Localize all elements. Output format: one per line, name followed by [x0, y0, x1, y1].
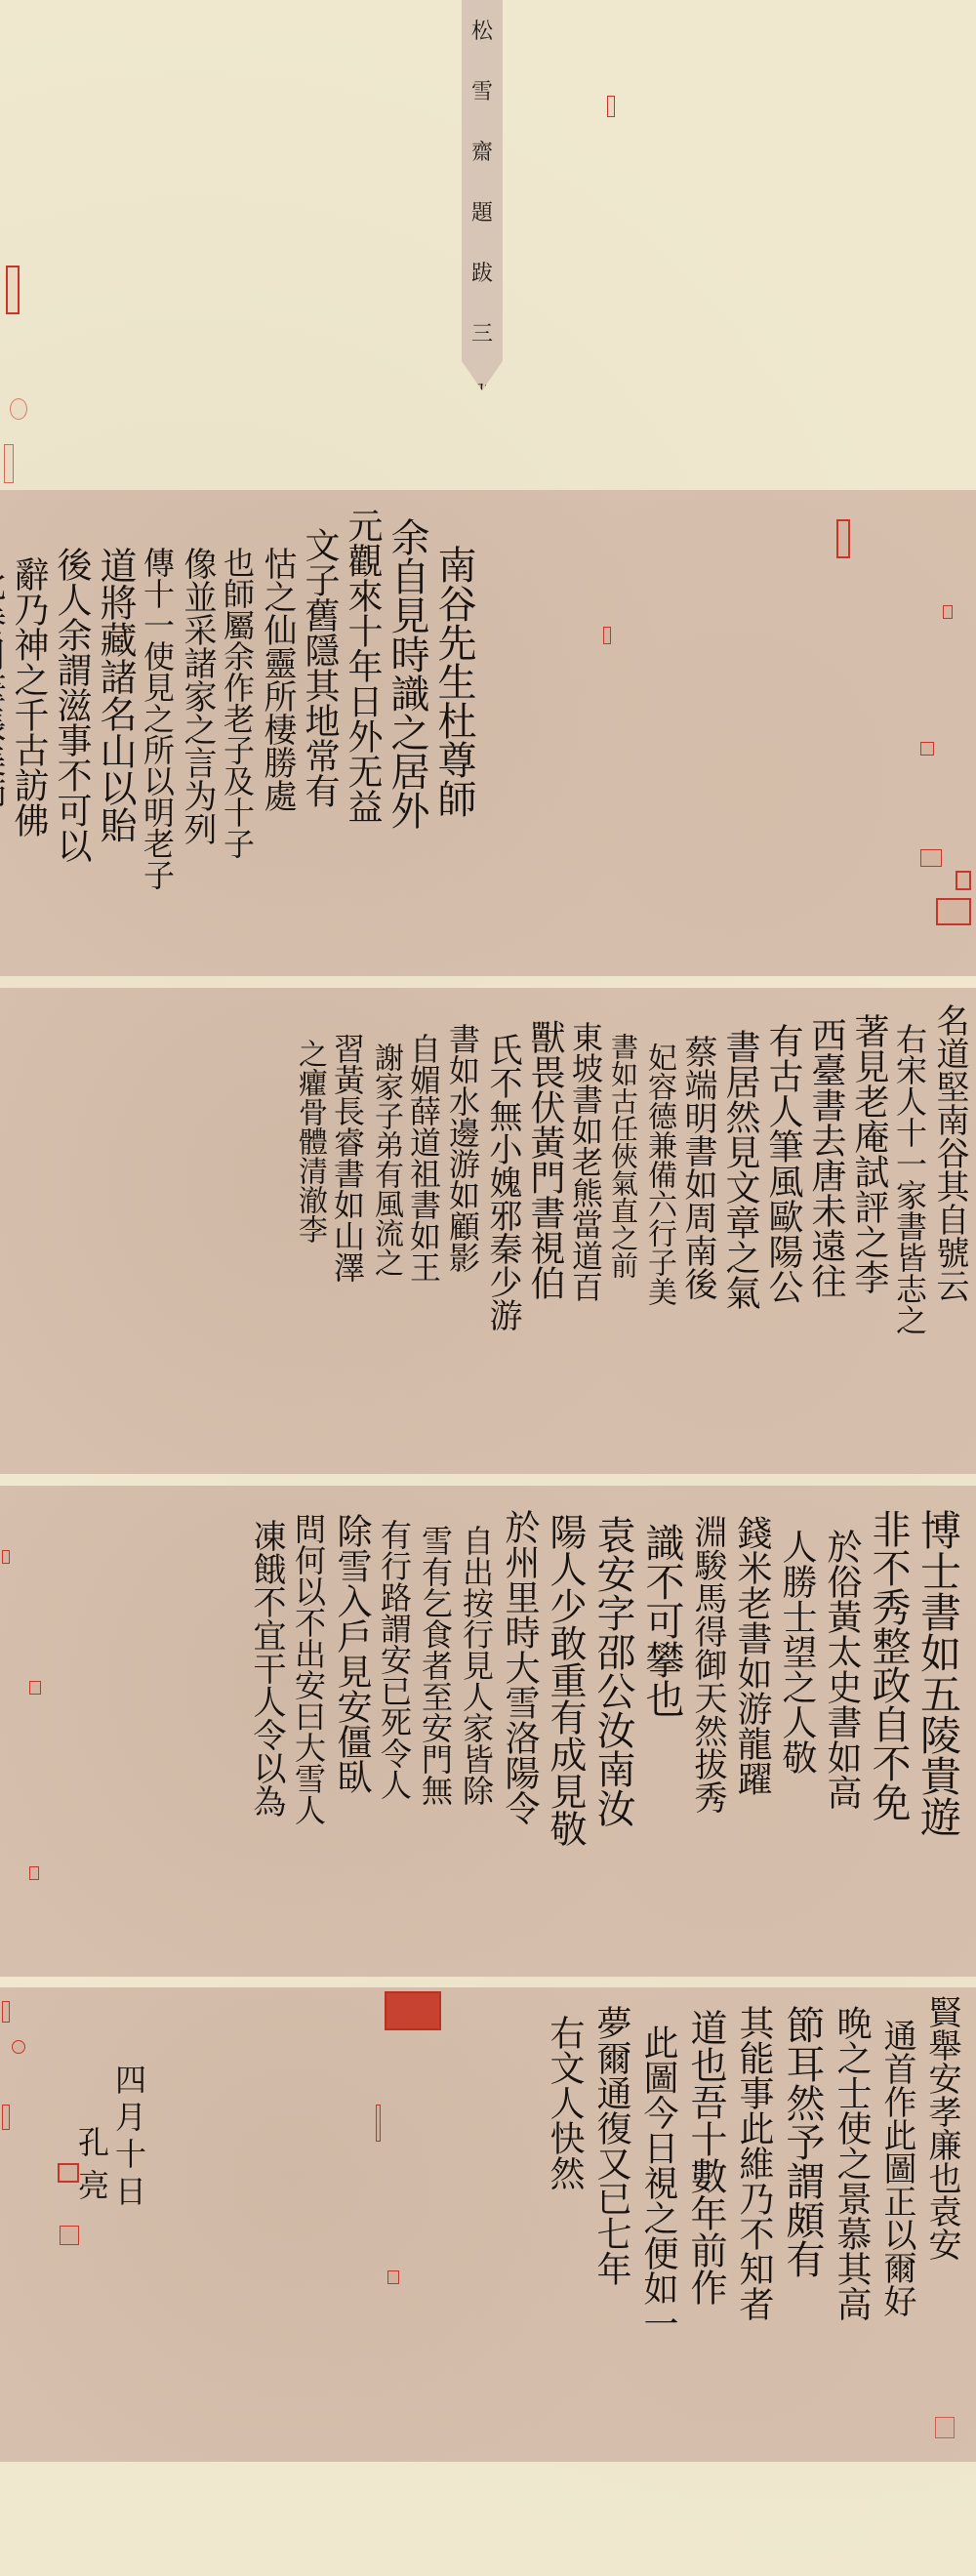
- text-column: 後人余謂滋事不可以: [54, 508, 89, 976]
- text-column: 節耳然予謂頗有: [783, 1995, 822, 2462]
- signature-name: 孔亮: [76, 2126, 107, 2212]
- text-column: 像並采諸家之言为列: [181, 508, 214, 976]
- seal-stamp-icon: [10, 398, 27, 420]
- text-column: 於俗黃太史書如高: [824, 1499, 859, 1977]
- title-char: 三: [471, 324, 493, 346]
- text-column: 習黃長睿書如山澤: [332, 1003, 363, 1474]
- text-column: 袁安字邵公汝南汝: [593, 1499, 632, 1977]
- title-char: 雪: [471, 82, 493, 103]
- text-column: 氏不無小媿邪秦少游: [486, 1003, 519, 1474]
- inscription-panel-2: 名道堅南谷其自號云 右宋人十一家書皆志之 著見老庵試評之李 西臺書去唐未遠往 有…: [0, 988, 976, 1474]
- text-column: 除雪入戶見安僵臥: [334, 1499, 369, 1977]
- text-column: 道也吾十數年前作: [687, 1995, 724, 2462]
- title-strip: 松 雪 齋 題 跋 三 則: [462, 0, 503, 390]
- text-column: 獸畏伏黃門書視伯: [527, 1003, 562, 1474]
- text-column: 錢米老書如游龍躍: [734, 1499, 769, 1977]
- text-columns: 南谷先生杜尊師 余自見時識之居外 元觀來十年日外无益 文子舊隱其地常有 怙之仙靈…: [0, 508, 473, 976]
- seal-stamp-icon: [29, 1681, 41, 1695]
- text-column: 東坡書如老熊當道百: [570, 1003, 601, 1474]
- title-char: 題: [471, 203, 493, 225]
- text-column: 名道堅南谷其自號云: [933, 1003, 966, 1474]
- seal-stamp-icon: [376, 2105, 381, 2142]
- text-columns: 賢舉安孝廉也袁安 通首作此圖正以爾好 晚之士使之景慕其高 節耳然予謂頗有 其能事…: [400, 1995, 958, 2462]
- inscription-panel-4: 賢舉安孝廉也袁安 通首作此圖正以爾好 晚之士使之景慕其高 節耳然予謂頗有 其能事…: [0, 1987, 976, 2462]
- text-column: 識不可攀也: [642, 1499, 681, 1977]
- text-column: 書居然見文章之氣: [722, 1003, 757, 1474]
- seal-stamp-icon: [920, 742, 934, 756]
- text-column: 博士書如五陵貴遊: [917, 1499, 958, 1977]
- text-column: 余自見時識之居外: [387, 508, 427, 976]
- seal-stamp-icon: [943, 605, 953, 619]
- text-column: 蔡端明書如周南後: [681, 1003, 714, 1474]
- text-column: 夢爾通復又已七年: [593, 1995, 629, 2462]
- text-column: 人勝士望之人敬: [779, 1499, 814, 1977]
- title-char: 則: [471, 385, 493, 406]
- text-column: 傳十一使見之所以明老子: [142, 508, 173, 976]
- text-column: 南谷先生杜尊師: [434, 508, 473, 976]
- text-column: 陽人少敢重有成見敬: [547, 1499, 584, 1977]
- text-column: 其能事此維乃不知者: [736, 1995, 771, 2462]
- seal-stamp-icon: [12, 2040, 25, 2054]
- text-column: 晚之士使之景慕其高: [834, 1995, 869, 2462]
- text-column: 問何以不出安曰大雪人: [293, 1499, 324, 1977]
- seal-stamp-icon: [2, 2001, 10, 2023]
- text-column: 著見老庵試評之李: [851, 1003, 886, 1474]
- text-column: 有古人筆風歐陽公: [765, 1003, 800, 1474]
- seal-stamp-icon: [6, 266, 20, 314]
- seal-stamp-icon: [935, 2417, 955, 2438]
- title-char: 齋: [471, 143, 493, 164]
- large-seal-stamp-icon: [385, 1991, 441, 2030]
- seal-stamp-icon: [836, 519, 850, 558]
- text-column: 此卷用筆張美師: [0, 508, 3, 976]
- inscription-panel-3: 博士書如五陵貴遊 非不秀整政自不免 於俗黃太史書如高 人勝士望之人敬 錢米老書如…: [0, 1486, 976, 1977]
- seal-stamp-icon: [2, 2105, 10, 2130]
- title-strip-text: 松 雪 齋 題 跋 三 則: [462, 21, 503, 406]
- text-column: 謝家子弟有風流之: [371, 1003, 400, 1474]
- title-char: 跋: [471, 264, 493, 285]
- text-column: 於州里時大雪洛陽令: [502, 1499, 537, 1977]
- text-column: 淵駿馬得御天然拔秀: [691, 1499, 724, 1977]
- text-column: 怙之仙靈所棲勝處: [261, 508, 294, 976]
- text-column: 雪有乞食者至安門無: [420, 1499, 451, 1977]
- seal-stamp-icon: [4, 444, 14, 483]
- text-column: 右文人快然: [547, 1995, 582, 2462]
- text-column: 通首作此圖正以爾好: [880, 1995, 914, 2462]
- text-column: 凍餓不宜干人令以為: [250, 1499, 283, 1977]
- text-column: 此圖今日視之便如一: [640, 1995, 675, 2462]
- text-column: 非不秀整政自不免: [869, 1499, 908, 1977]
- text-column: 文子舊隱其地常有: [302, 508, 337, 976]
- seal-stamp-icon: [60, 2226, 79, 2245]
- text-column: 道將藏諸名山以貽: [97, 508, 134, 976]
- text-column: 書如古任俠氣直之前: [609, 1003, 636, 1474]
- seal-stamp-icon: [2, 1550, 10, 1564]
- seal-stamp-icon: [956, 871, 971, 890]
- text-columns: 名道堅南谷其自號云 右宋人十一家書皆志之 著見老庵試評之李 西臺書去唐未遠往 有…: [0, 1003, 966, 1474]
- text-column: 妃容德兼備六行子美: [644, 1003, 673, 1474]
- seal-stamp-icon: [607, 96, 615, 117]
- text-column: 右宋人十一家書皆志之: [894, 1003, 925, 1474]
- seal-stamp-icon: [29, 1866, 39, 1880]
- seal-stamp-icon: [936, 898, 971, 925]
- text-column: 元觀來十年日外无益: [345, 508, 380, 976]
- signature-date: 四月十日: [113, 2064, 144, 2212]
- inscription-panel-1: 南谷先生杜尊師 余自見時識之居外 元觀來十年日外无益 文子舊隱其地常有 怙之仙靈…: [0, 490, 976, 976]
- text-column: 之癯骨體清澈李: [295, 1003, 324, 1474]
- text-column: 西臺書去唐未遠往: [808, 1003, 843, 1474]
- text-columns: 博士書如五陵貴遊 非不秀整政自不免 於俗黃太史書如高 人勝士望之人敬 錢米老書如…: [29, 1499, 958, 1977]
- text-column: 也師屬余作老子及十子: [222, 508, 253, 976]
- text-column: 自出按行見人家皆除: [461, 1499, 492, 1977]
- text-column: 辭乃神之千古訪佛: [11, 508, 46, 976]
- text-column: 書如水邊游如顧影: [447, 1003, 478, 1474]
- seal-stamp-icon: [920, 849, 942, 867]
- text-column: 有行路謂安已死令人: [379, 1499, 410, 1977]
- text-column: 賢舉安孝廉也袁安: [925, 1995, 958, 2462]
- title-char: 松: [471, 21, 493, 43]
- seal-stamp-icon: [603, 627, 611, 644]
- seal-stamp-icon: [387, 2270, 399, 2284]
- text-column: 自媚薛道祖書如王: [408, 1003, 439, 1474]
